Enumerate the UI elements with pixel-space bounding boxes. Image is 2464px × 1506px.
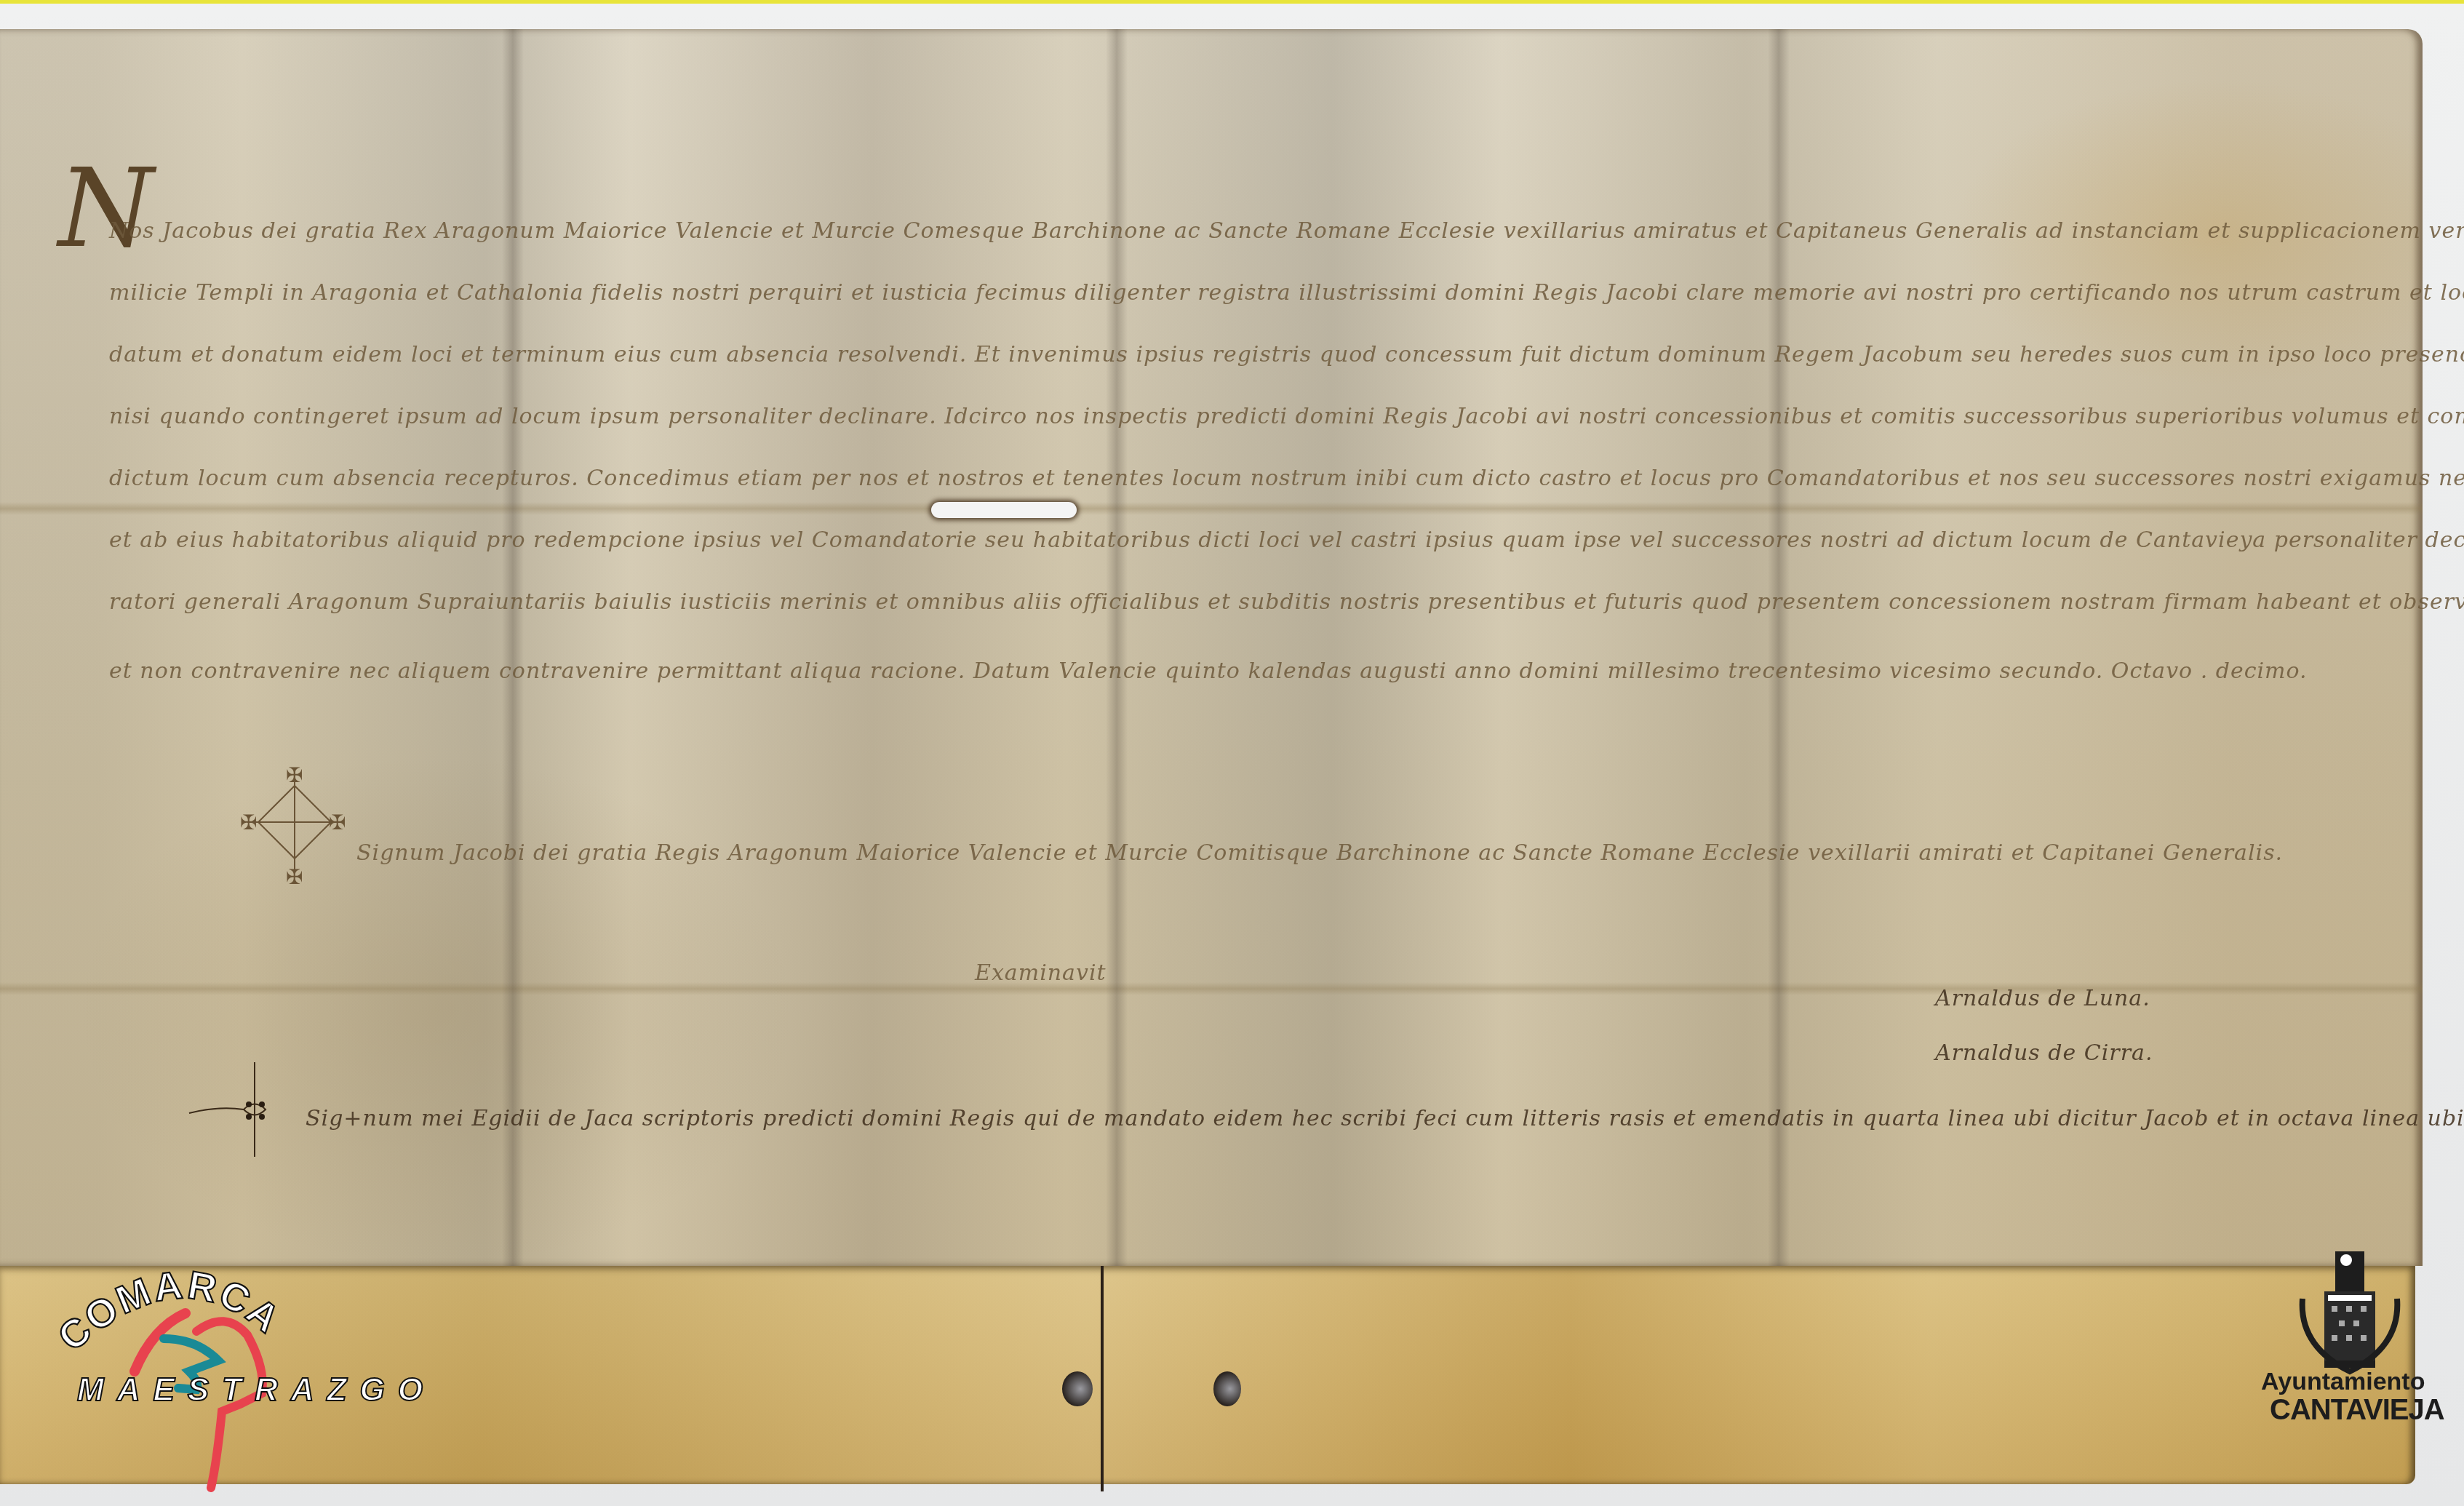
text-line-1: Nos Jacobus dei gratia Rex Aragonum Maio… — [109, 218, 2464, 244]
text-line-2: milicie Templi in Aragonia et Cathalonia… — [109, 280, 2464, 306]
notary-sign-icon — [175, 1055, 291, 1164]
notary-line: Sig+num mei Egidii de Jaca scriptoris pr… — [306, 1106, 2464, 1131]
flap-tear — [1101, 1266, 1104, 1491]
svg-text:COMARCA DEL: COMARCA DEL — [44, 1259, 300, 1360]
text-line-4: nisi quando contingeret ipsum ad locum i… — [109, 404, 2464, 429]
royal-signum-cross-icon: ✠ ✠ ✠ ✠ — [240, 757, 349, 888]
seal-hole-right — [1213, 1371, 1241, 1406]
text-line-8: et non contravenire nec aliquem contrave… — [109, 658, 2308, 684]
logo-maestrazgo-text: MAESTRAZGO — [77, 1372, 436, 1409]
logo-arc-text: COMARCA DEL — [44, 1259, 300, 1360]
initial-letter: N — [58, 146, 153, 272]
text-line-3: datum et donatum eidem loci et terminum … — [109, 342, 2464, 367]
parchment-hole — [931, 502, 1077, 518]
logo-ayuntamiento-text: Ayuntamiento — [2261, 1368, 2425, 1396]
text-line-7: ratori generali Aragonum Supraiuntariis … — [109, 589, 2464, 615]
svg-text:✠: ✠ — [329, 810, 346, 834]
witness-right-2: Arnaldus de Cirra. — [1935, 1040, 2153, 1066]
signum-line: Signum Jacobi dei gratia Regis Aragonum … — [356, 840, 2283, 866]
horizontal-fold — [0, 502, 2423, 515]
svg-text:✠: ✠ — [240, 810, 257, 834]
text-line-5: dictum locum cum absencia recepturos. Co… — [109, 466, 2464, 491]
text-line-6: et ab eius habitatoribus aliquid pro red… — [109, 527, 2464, 553]
parchment — [0, 29, 2423, 1266]
svg-text:✠: ✠ — [286, 865, 303, 888]
witness-left: Examinavit — [975, 960, 1107, 986]
logo-cantavieja-text: CANTAVIEJA — [2270, 1394, 2444, 1427]
svg-text:✠: ✠ — [286, 763, 303, 787]
seal-hole-left — [1062, 1371, 1093, 1406]
witness-right-1: Arnaldus de Luna. — [1935, 986, 2150, 1011]
